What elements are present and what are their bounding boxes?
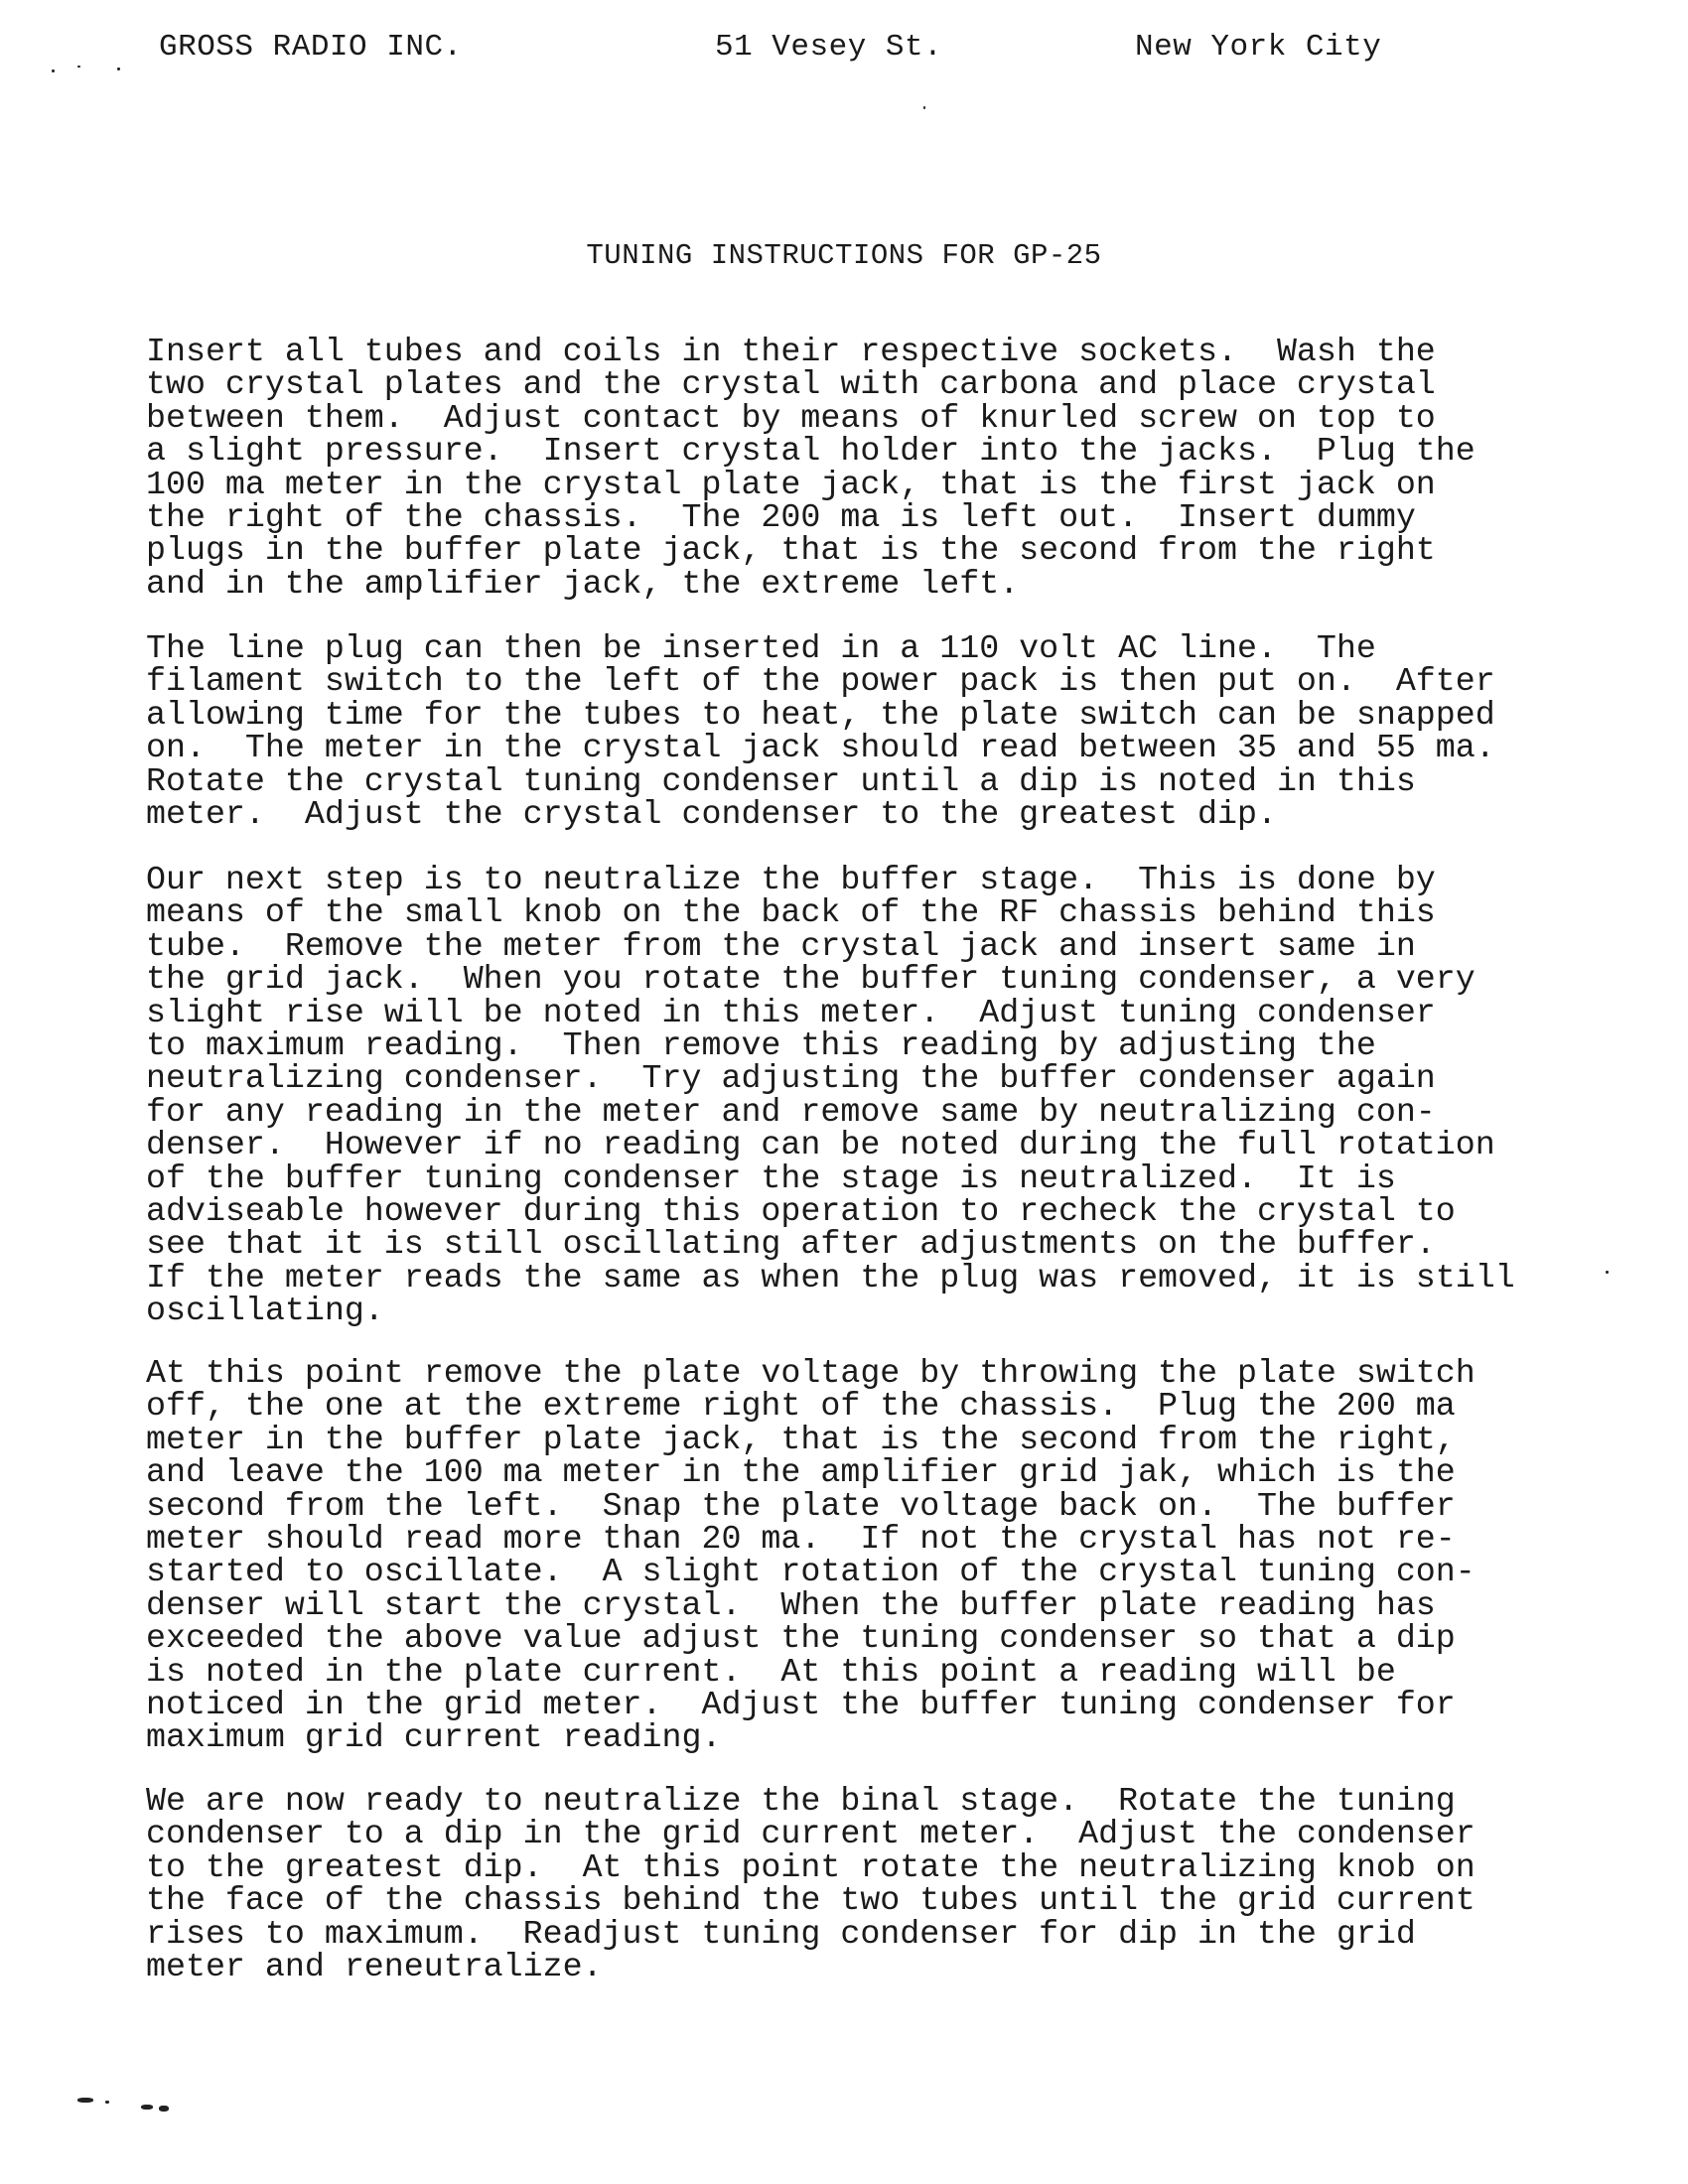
text-line: of the buffer tuning condenser the stage… [146,1162,1515,1195]
text-line: oscillating. [146,1295,1515,1327]
text-line: adviseable however during this operation… [146,1195,1515,1228]
text-line: two crystal plates and the crystal with … [146,368,1476,401]
text-line: exceeded the above value adjust the tuni… [146,1622,1476,1655]
text-line: and leave the 100 ma meter in the amplif… [146,1456,1476,1489]
text-line: If the meter reads the same as when the … [146,1262,1515,1295]
text-line: second from the left. Snap the plate vol… [146,1490,1476,1523]
company-name: GROSS RADIO INC. [159,30,463,66]
text-line: denser. However if no reading can be not… [146,1129,1515,1161]
scan-speck [923,106,925,109]
text-line: filament switch to the left of the power… [146,665,1495,698]
paragraph-insert-tubes: Insert all tubes and coils in their resp… [146,336,1476,601]
scan-speck [117,68,120,70]
text-line: for any reading in the meter and remove … [146,1096,1515,1129]
text-line: meter should read more than 20 ma. If no… [146,1523,1476,1556]
text-line: a slight pressure. Insert crystal holder… [146,435,1476,468]
text-line: means of the small knob on the back of t… [146,896,1515,929]
text-line: At this point remove the plate voltage b… [146,1357,1476,1390]
text-line: on. The meter in the crystal jack should… [146,732,1495,764]
text-line: meter. Adjust the crystal condenser to t… [146,798,1495,831]
text-line: We are now ready to neutralize the binal… [146,1785,1476,1818]
text-line: slight rise will be noted in this meter.… [146,997,1515,1029]
street-address: 51 Vesey St. [715,30,942,66]
text-line: to the greatest dip. At this point rotat… [146,1851,1476,1884]
paragraph-neutralize-buffer: Our next step is to neutralize the buffe… [146,864,1515,1327]
paragraph-line-plug: The line plug can then be inserted in a … [146,632,1495,831]
text-line: 100 ma meter in the crystal plate jack, … [146,469,1476,501]
text-line: plugs in the buffer plate jack, that is … [146,534,1476,567]
text-line: noticed in the grid meter. Adjust the bu… [146,1689,1476,1721]
city-name: New York City [1135,30,1381,66]
text-line: is noted in the plate current. At this p… [146,1656,1476,1689]
text-line: allowing time for the tubes to heat, the… [146,699,1495,732]
scan-speck [77,2098,93,2103]
paragraph-neutralize-binal: We are now ready to neutralize the binal… [146,1785,1476,1983]
text-line: neutralizing condenser. Try adjusting th… [146,1062,1515,1095]
text-line: see that it is still oscillating after a… [146,1228,1515,1261]
text-line: Rotate the crystal tuning condenser unti… [146,765,1495,798]
text-line: Insert all tubes and coils in their resp… [146,336,1476,368]
text-line: off, the one at the extreme right of the… [146,1390,1476,1423]
text-line: between them. Adjust contact by means of… [146,402,1476,435]
text-line: condenser to a dip in the grid current m… [146,1818,1476,1850]
scan-speck [52,69,55,72]
scan-speck [141,2105,153,2110]
scan-speck [77,66,80,68]
text-line: the grid jack. When you rotate the buffe… [146,963,1515,996]
text-line: denser will start the crystal. When the … [146,1589,1476,1622]
text-line: and in the amplifier jack, the extreme l… [146,568,1476,601]
text-line: Our next step is to neutralize the buffe… [146,864,1515,896]
scan-speck [105,2101,109,2104]
document-title: TUNING INSTRUCTIONS FOR GP-25 [0,238,1688,274]
text-line: rises to maximum. Readjust tuning conden… [146,1918,1476,1951]
text-line: the face of the chassis behind the two t… [146,1884,1476,1917]
text-line: meter in the buffer plate jack, that is … [146,1424,1476,1456]
text-line: The line plug can then be inserted in a … [146,632,1495,665]
scan-speck [1606,1271,1609,1274]
text-line: meter and reneutralize. [146,1951,1476,1983]
text-line: started to oscillate. A slight rotation … [146,1556,1476,1588]
text-line: to maximum reading. Then remove this rea… [146,1029,1515,1062]
document-page: GROSS RADIO INC. 51 Vesey St. New York C… [0,0,1688,2184]
paragraph-plate-voltage: At this point remove the plate voltage b… [146,1357,1476,1755]
text-line: the right of the chassis. The 200 ma is … [146,501,1476,534]
text-line: maximum grid current reading. [146,1721,1476,1754]
text-line: tube. Remove the meter from the crystal … [146,930,1515,963]
scan-speck [159,2106,169,2112]
